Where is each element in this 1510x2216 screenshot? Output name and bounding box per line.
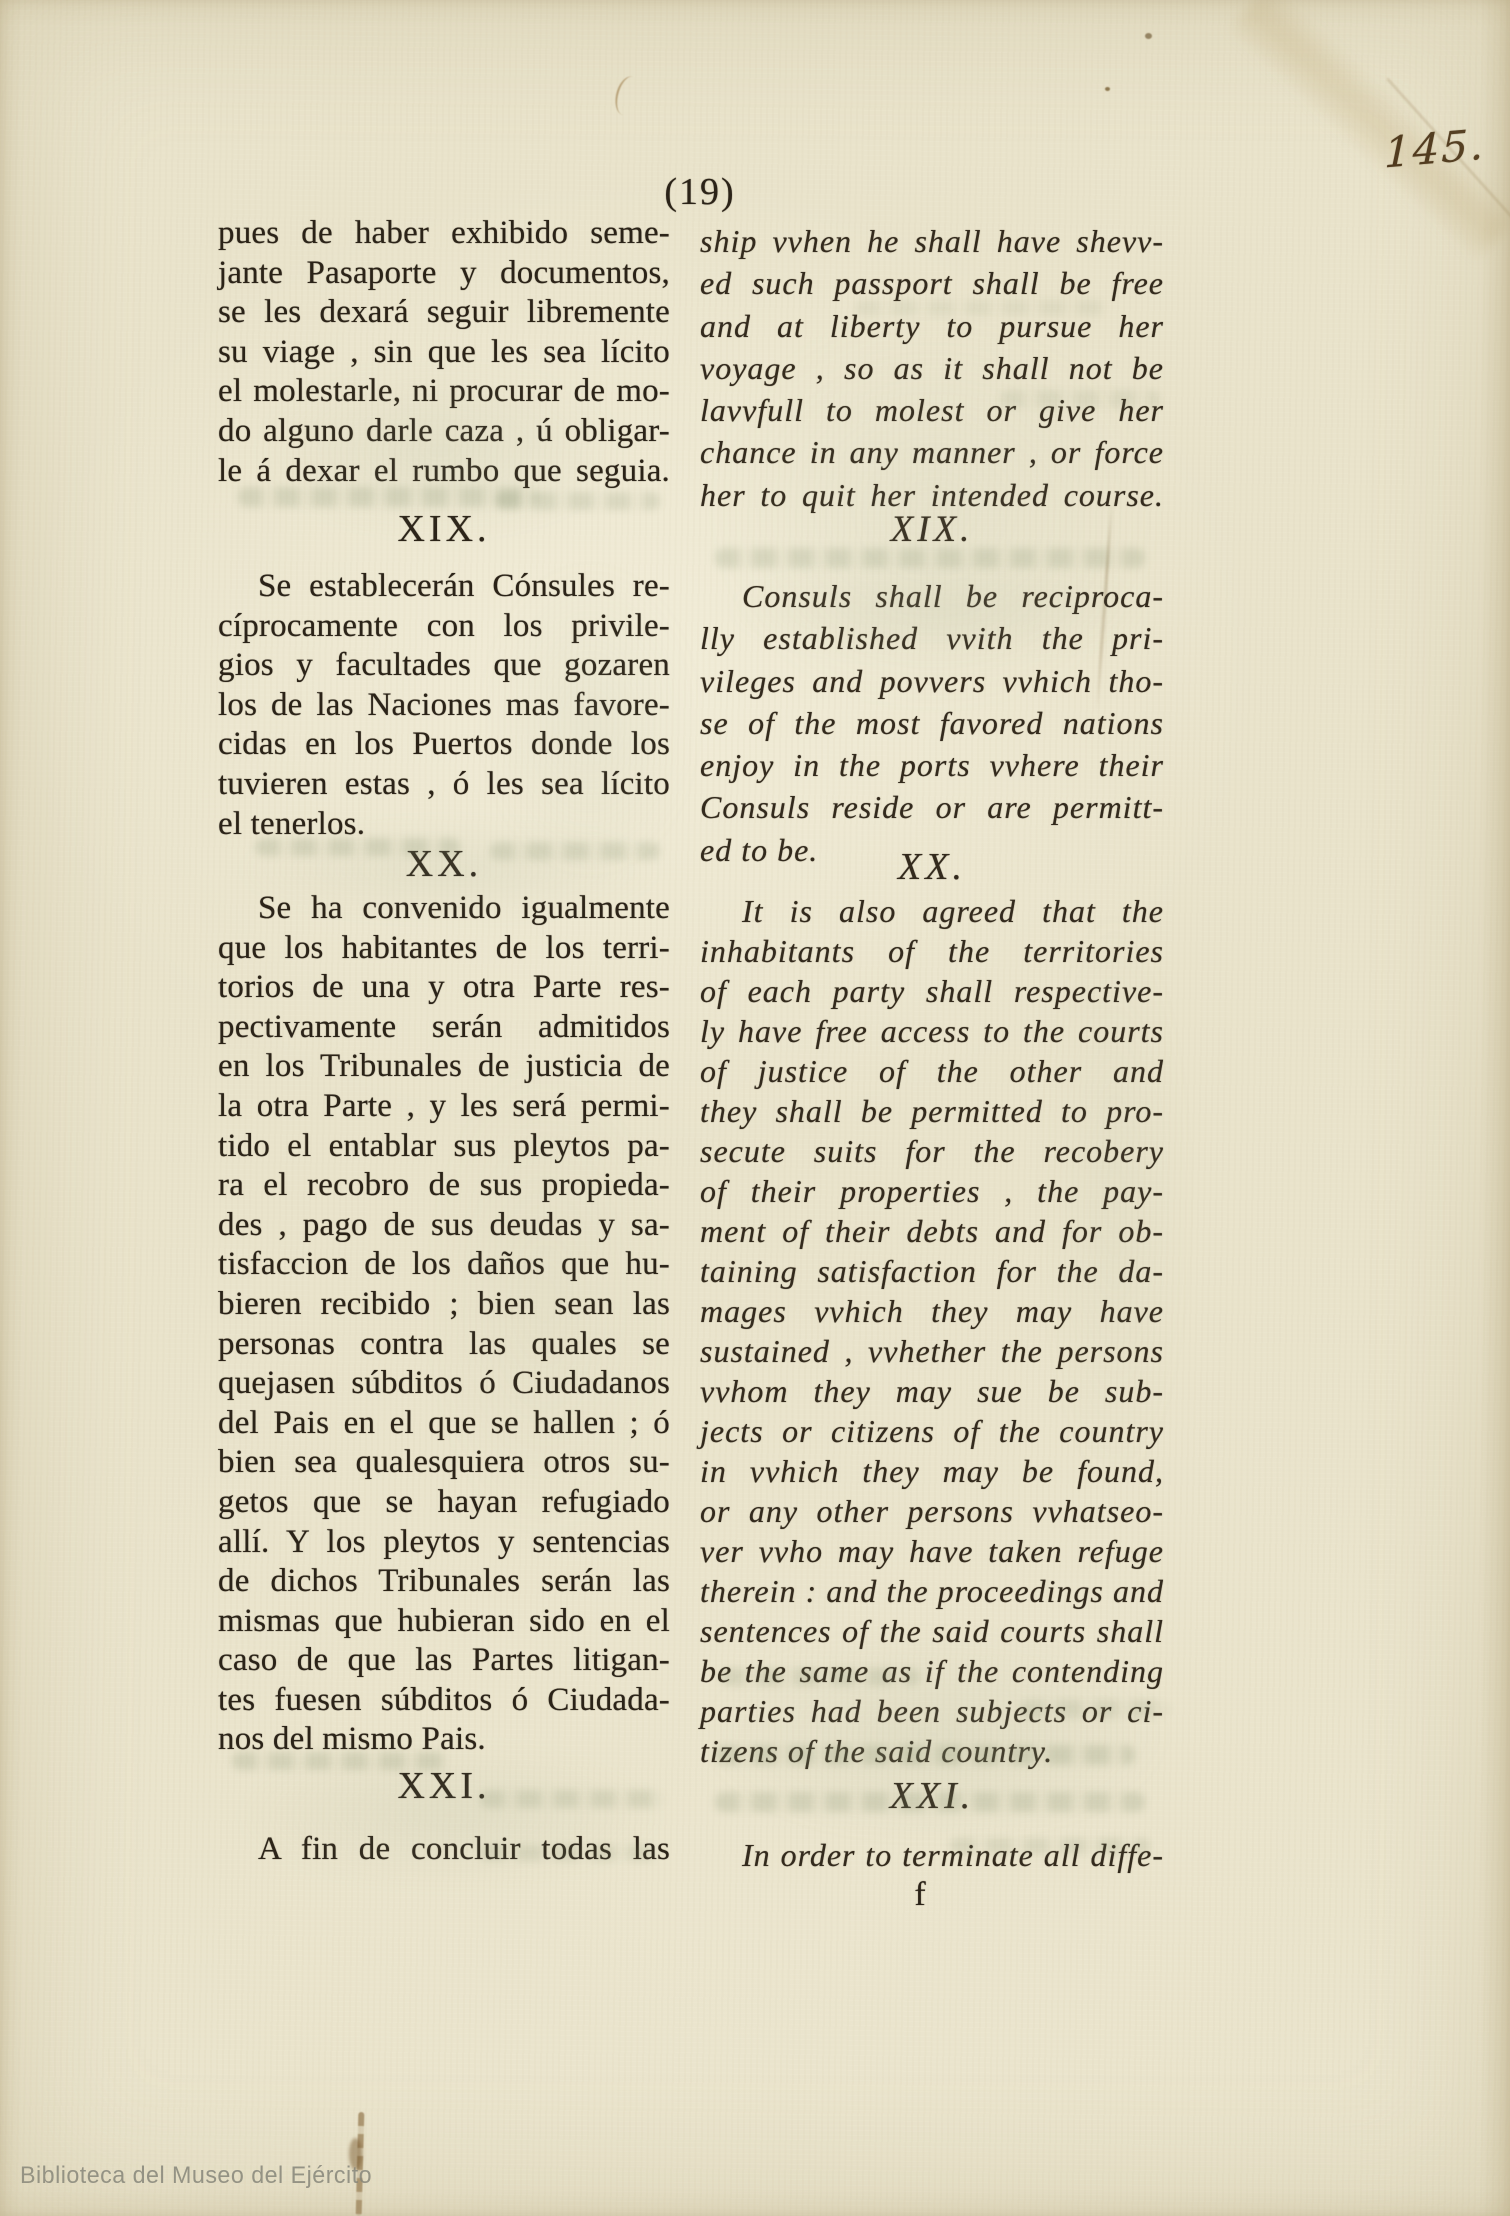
fiber-mark	[610, 73, 645, 118]
text-line: parties had been subjects or ci-	[700, 1691, 1164, 1731]
text-line: getos que se hayan refugiado	[218, 1483, 670, 1523]
text-line: tisfaccion de los daños que hu-	[218, 1245, 670, 1285]
document-page: (19) 145. pues de haber exhibido seme-ja…	[0, 0, 1510, 2216]
text-line: el molestarle, ni procurar de mo-	[218, 372, 670, 412]
text-line: sustained , vvhether the persons	[700, 1331, 1164, 1371]
text-line: ra el recobro de sus propieda-	[218, 1166, 670, 1206]
text-line: quejasen súbditos ó Ciudadanos	[218, 1364, 670, 1404]
paragraph: pues de haber exhibido seme-jante Pasapo…	[218, 214, 670, 491]
text-line: ed such passport shall be free	[700, 262, 1164, 304]
text-line: they shall be permitted to pro-	[700, 1091, 1164, 1131]
text-line: allí. Y los pleytos y sentencias	[218, 1523, 670, 1563]
ink-speck	[1145, 33, 1152, 39]
text-line: el tenerlos.	[218, 805, 670, 845]
text-line: inhabitants of the territories	[700, 931, 1164, 971]
article-heading: XX.	[700, 844, 1164, 890]
text-line: su viage , sin que les sea lícito	[218, 333, 670, 373]
text-line: bien sea qualesquiera otros su-	[218, 1443, 670, 1483]
article-heading: XIX.	[218, 506, 670, 552]
text-line: en los Tribunales de justicia de	[218, 1047, 670, 1087]
text-line: In order to terminate all diffe-	[700, 1834, 1164, 1876]
text-line: in vvhich they may be found,	[700, 1451, 1164, 1491]
text-line: cíprocamente con los privile-	[218, 607, 670, 647]
text-line: tes fuesen súbditos ó Ciudada-	[218, 1681, 670, 1721]
library-watermark: Biblioteca del Museo del Ejército	[20, 2162, 372, 2190]
text-line: Consuls reside or are permitt-	[700, 786, 1164, 828]
text-line: mages vvhich they may have	[700, 1291, 1164, 1331]
text-line: del Pais en el que se hallen ; ó	[218, 1404, 670, 1444]
text-line: mismas que hubieran sido en el	[218, 1602, 670, 1642]
text-line: and at liberty to pursue her	[700, 305, 1164, 347]
paragraph: Se ha convenido igualmenteque los habita…	[218, 889, 670, 1760]
paragraph: Se establecerán Cónsules re-cíprocamente…	[218, 567, 670, 844]
text-line: personas contra las quales se	[218, 1325, 670, 1365]
text-line: tizens of the said country.	[700, 1731, 1164, 1771]
paragraph: A fin de concluir todas las	[218, 1830, 670, 1870]
text-line: tuvieren estas , ó les sea lícito	[218, 765, 670, 805]
text-line: gios y facultades que gozaren	[218, 646, 670, 686]
text-line: tido el entablar sus pleytos pa-	[218, 1127, 670, 1167]
text-line: que los habitantes de los terri-	[218, 929, 670, 969]
text-line: ver vvho may have taken refuge	[700, 1531, 1164, 1571]
text-line: torios de una y otra Parte res-	[218, 968, 670, 1008]
text-line: nos del mismo Pais.	[218, 1720, 670, 1760]
text-line: jante Pasaporte y documentos,	[218, 254, 670, 294]
text-line: vvhom they may sue be sub-	[700, 1371, 1164, 1411]
text-line: do alguno darle caza , ú obligar-	[218, 412, 670, 452]
text-line: sentences of the said courts shall	[700, 1611, 1164, 1651]
ink-speck	[1105, 87, 1110, 91]
text-line: bieren recibido ; bien sean las	[218, 1285, 670, 1325]
text-line: los de las Naciones mas favore-	[218, 686, 670, 726]
article-heading: XIX.	[700, 507, 1164, 553]
signature-mark: f	[890, 1876, 950, 1914]
paragraph: It is also agreed that theinhabitants of…	[700, 891, 1164, 1771]
text-line: or any other persons vvhatseo-	[700, 1491, 1164, 1531]
text-line: pectivamente serán admitidos	[218, 1008, 670, 1048]
text-line: of justice of the other and	[700, 1051, 1164, 1091]
text-line: secute suits for the recobery	[700, 1131, 1164, 1171]
text-line: ly have free access to the courts	[700, 1011, 1164, 1051]
text-line: se of the most favored nations	[700, 702, 1164, 744]
text-line: des , pago de sus deudas y sa-	[218, 1206, 670, 1246]
text-line: A fin de concluir todas las	[218, 1830, 670, 1870]
text-line: chance in any manner , or force	[700, 431, 1164, 473]
text-line: cidas en los Puertos donde los	[218, 725, 670, 765]
text-line: therein : and the proceedings and	[700, 1571, 1164, 1611]
text-line: le á dexar el rumbo que seguia.	[218, 452, 670, 492]
text-line: It is also agreed that the	[700, 891, 1164, 931]
text-line: la otra Parte , y les será permi-	[218, 1087, 670, 1127]
text-line: pues de haber exhibido seme-	[218, 214, 670, 254]
text-line: voyage , so as it shall not be	[700, 347, 1164, 389]
text-line: caso de que las Partes litigan-	[218, 1641, 670, 1681]
text-line: Consuls shall be reciproca-	[700, 575, 1164, 617]
folio-handwritten-number: 145.	[1384, 119, 1486, 177]
text-line: vileges and povvers vvhich tho-	[700, 660, 1164, 702]
text-line: enjoy in the ports vvhere their	[700, 744, 1164, 786]
text-line: lavvfull to molest or give her	[700, 389, 1164, 431]
text-line: of each party shall respective-	[700, 971, 1164, 1011]
page-number: (19)	[648, 170, 752, 214]
article-heading: XXI.	[218, 1763, 670, 1809]
text-line: lly established vvith the pri-	[700, 617, 1164, 659]
article-heading: XXI.	[700, 1773, 1164, 1819]
article-heading: XX.	[218, 841, 670, 887]
paragraph: In order to terminate all diffe-	[700, 1834, 1164, 1876]
text-line: jects or citizens of the country	[700, 1411, 1164, 1451]
text-line: of their properties , the pay-	[700, 1171, 1164, 1211]
paragraph: ship vvhen he shall have shevv-ed such p…	[700, 220, 1164, 516]
text-line: Se ha convenido igualmente	[218, 889, 670, 929]
text-line: ment of their debts and for ob-	[700, 1211, 1164, 1251]
text-line: de dichos Tribunales serán las	[218, 1562, 670, 1602]
text-line: se les dexará seguir libremente	[218, 293, 670, 333]
text-line: Se establecerán Cónsules re-	[218, 567, 670, 607]
text-line: be the same as if the contending	[700, 1651, 1164, 1691]
text-line: ship vvhen he shall have shevv-	[700, 220, 1164, 262]
text-line: taining satisfaction for the da-	[700, 1251, 1164, 1291]
paragraph: Consuls shall be reciproca-lly establish…	[700, 575, 1164, 871]
